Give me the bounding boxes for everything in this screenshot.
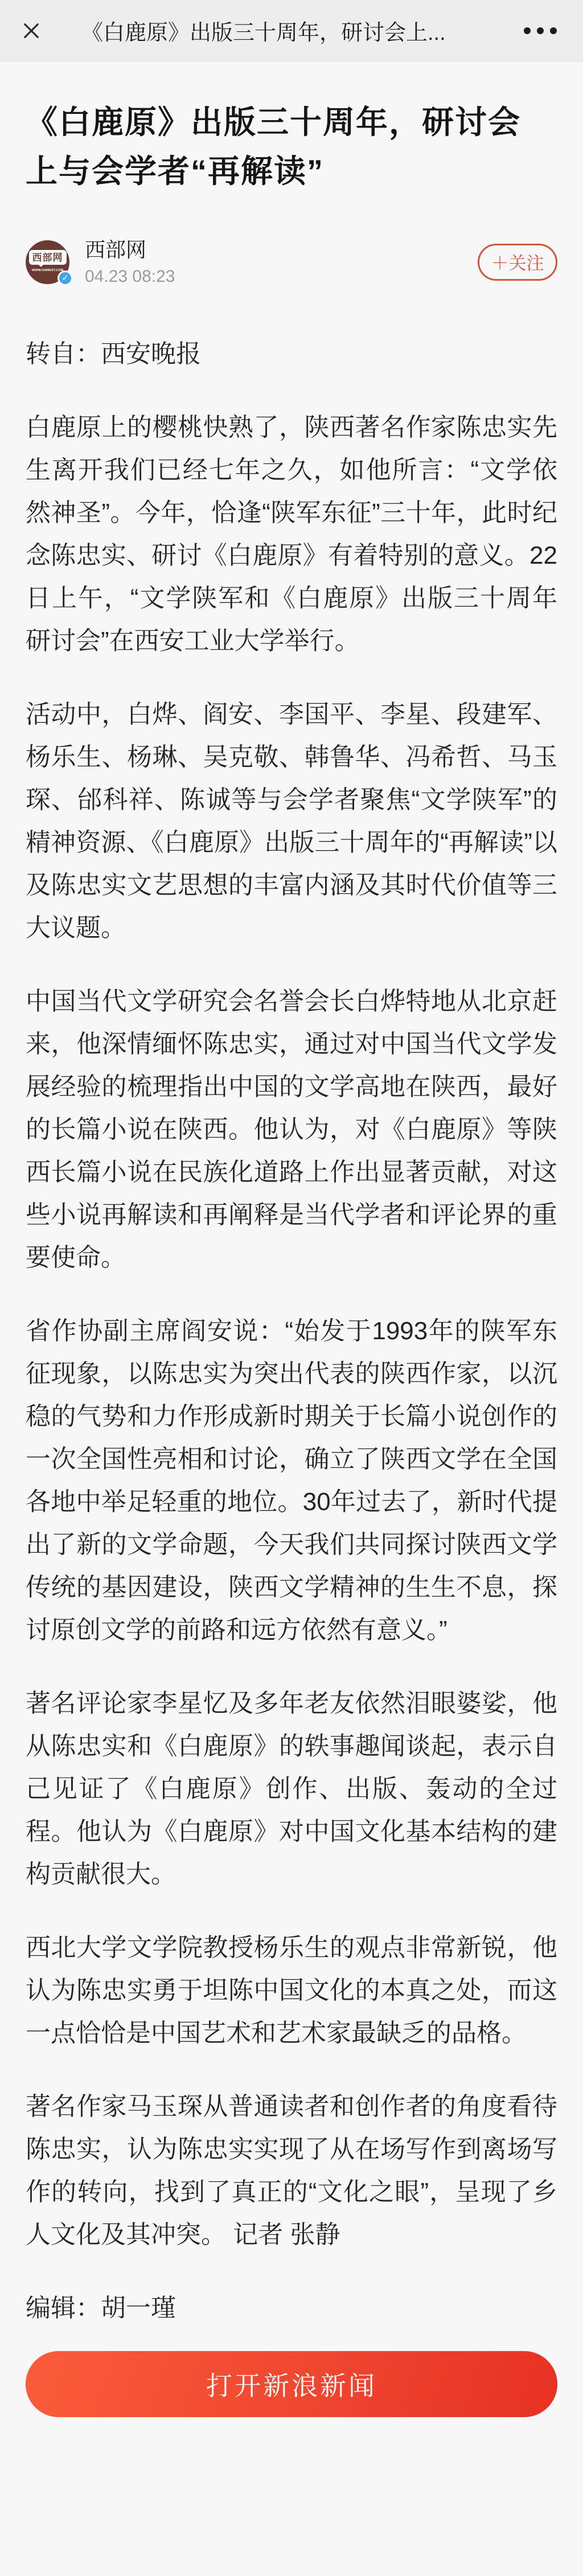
paragraph-reprint-source: 转自：西安晚报 — [26, 333, 557, 375]
paragraph: 活动中，白烨、阎安、李国平、李星、段建军、杨乐生、杨琳、吴克敬、韩鲁华、冯希哲、… — [26, 693, 557, 949]
page-title: 《白鹿原》出版三十周年，研讨会上... — [81, 15, 512, 46]
article-page: 《白鹿原》出版三十周年，研讨会上与会学者“再解读” 西部网 WWW.CNWEST… — [0, 98, 583, 2448]
paragraph: 省作协副主席阎安说：“始发于1993年的陕军东征现象，以陈忠实为突出代表的陕西作… — [26, 1310, 557, 1651]
close-button[interactable] — [19, 18, 44, 43]
paragraph: 中国当代文学研究会名誉会长白烨特地从北京赶来，他深情缅怀陈忠实，通过对中国当代文… — [26, 980, 557, 1279]
follow-button[interactable]: ＋关注 — [478, 244, 557, 281]
titlebar: 《白鹿原》出版三十周年，研讨会上... — [0, 0, 583, 61]
close-icon — [20, 19, 43, 42]
paragraph: 西北大学文学院教授杨乐生的观点非常新锐，他认为陈忠实勇于坦陈中国文化的本真之处，… — [26, 1926, 557, 2054]
paragraph: 白鹿原上的樱桃快熟了，陕西著名作家陈忠实先生离开我们已经七年之久，如他所言：“文… — [26, 406, 557, 662]
paragraph-editor-credit: 编辑：胡一瑾 — [26, 2287, 557, 2329]
publisher-name[interactable]: 西部网 — [85, 239, 175, 261]
article-headline: 《白鹿原》出版三十周年，研讨会上与会学者“再解读” — [26, 98, 557, 196]
article-body: 转自：西安晚报 白鹿原上的樱桃快熟了，陕西著名作家陈忠实先生离开我们已经七年之久… — [26, 333, 557, 2329]
publisher-logo-url: WWW.CNWEST.COM — [32, 268, 63, 272]
paragraph: 著名作家马玉琛从普通读者和创作者的角度看待陈忠实，认为陈忠实实现了从在场写作到离… — [26, 2085, 557, 2256]
publisher-row[interactable]: 西部网 WWW.CNWEST.COM ✓ 西部网 04.23 08:23 ＋关注 — [26, 239, 557, 285]
publisher-meta: 西部网 04.23 08:23 — [85, 239, 175, 285]
more-menu-button[interactable] — [524, 22, 557, 40]
publisher-avatar[interactable]: 西部网 WWW.CNWEST.COM ✓ — [26, 240, 69, 284]
more-dots-icon — [550, 27, 557, 34]
open-sina-news-button[interactable]: 打开新浪新闻 — [26, 2351, 557, 2417]
more-dots-icon — [524, 27, 531, 34]
verified-badge-icon: ✓ — [58, 270, 73, 286]
publisher-logo: 西部网 — [29, 250, 67, 265]
publish-timestamp: 04.23 08:23 — [85, 268, 175, 285]
more-dots-icon — [537, 27, 544, 34]
paragraph: 著名评论家李星忆及多年老友依然泪眼婆娑，他从陈忠实和《白鹿原》的轶事趣闻谈起，表… — [26, 1682, 557, 1896]
